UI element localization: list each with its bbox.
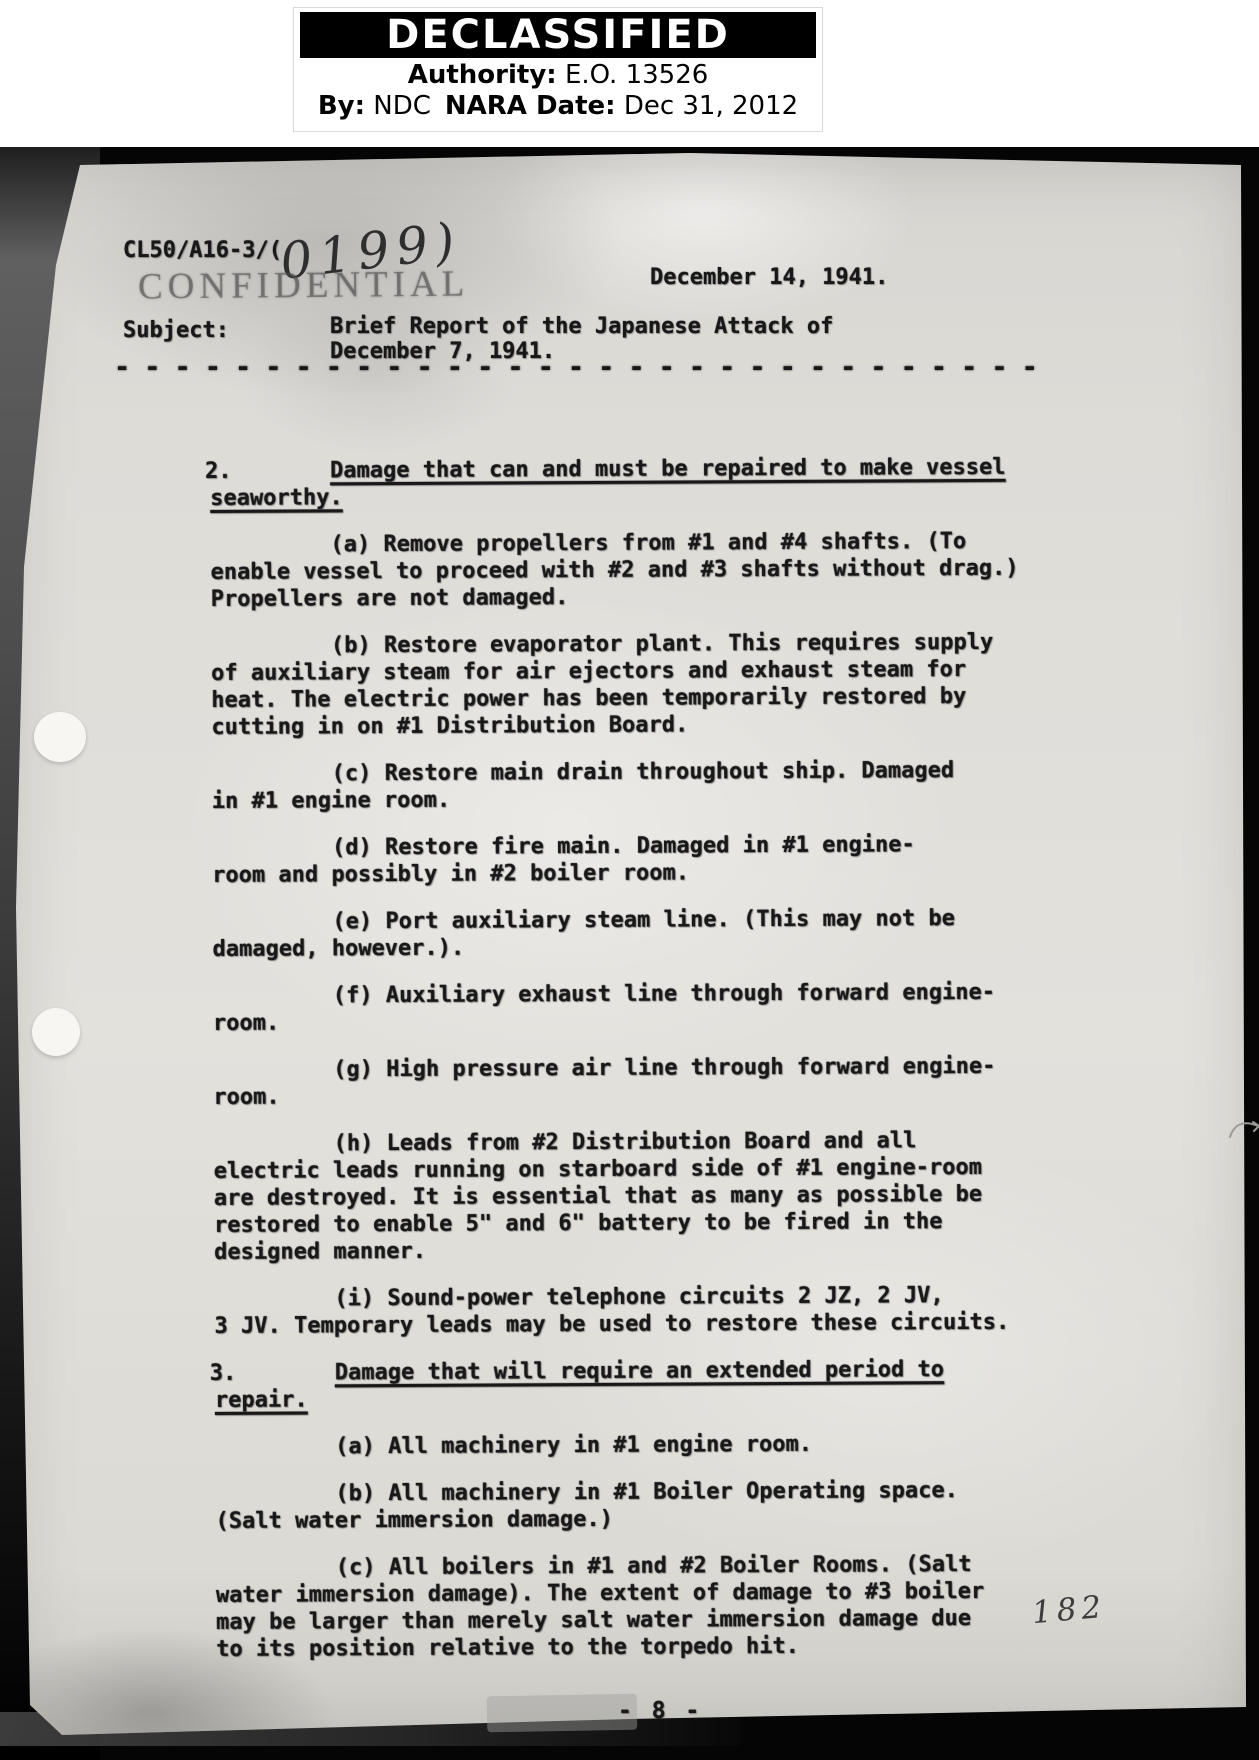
- section-2-heading-text: Damage that can and must be repaired to …: [210, 455, 1005, 511]
- stamp-by-line: By: NDCNARA Date: Dec 31, 2012: [294, 91, 822, 122]
- authority-value: E.O. 13526: [565, 60, 708, 90]
- paragraph-2e: (e) Port auxiliary steam line. (This may…: [212, 904, 1117, 963]
- file-reference: CL50/A16-3/(: [123, 238, 282, 263]
- scanned-document-viewer: DECLASSIFIED Authority: E.O. 13526 By: N…: [0, 0, 1259, 1760]
- document-date: December 14, 1941.: [650, 265, 888, 290]
- paragraph-2a: (a) Remove propellers from #1 and #4 sha…: [210, 527, 1115, 613]
- declassification-header: DECLASSIFIED Authority: E.O. 13526 By: N…: [0, 0, 1259, 147]
- by-value: NDC: [373, 91, 431, 121]
- paragraph-2c: (c) Restore main drain throughout ship. …: [212, 756, 1117, 815]
- paragraph-2g: (g) High pressure air line through forwa…: [213, 1052, 1118, 1111]
- document-body: 2.Damage that can and must be repaired t…: [210, 453, 1121, 1683]
- hole-punch-top: [34, 712, 86, 762]
- stamp-authority-line: Authority: E.O. 13526: [294, 60, 822, 91]
- paragraph-3a: (a) All machinery in #1 engine room.: [215, 1429, 1120, 1461]
- section-3-heading: 3.Damage that will require an extended p…: [215, 1355, 1120, 1414]
- section-2-heading: 2.Damage that can and must be repaired t…: [210, 453, 1115, 512]
- nara-date-label: NARA Date:: [445, 91, 616, 121]
- paragraph-2i: (i) Sound-power telephone circuits 2 JZ,…: [214, 1281, 1119, 1340]
- footer-smudge: [487, 1694, 638, 1733]
- confidential-stamp: CONFIDENTIAL: [138, 263, 470, 309]
- paragraph-3b: (b) All machinery in #1 Boiler Operating…: [215, 1476, 1120, 1535]
- section-2-number: 2.: [205, 458, 232, 485]
- paragraph-2b: (b) Restore evaporator plant. This requi…: [211, 628, 1117, 741]
- by-label: By:: [318, 91, 365, 121]
- dotted-separator: -------------------------------: [114, 352, 1054, 383]
- nara-date-value: Dec 31, 2012: [624, 91, 798, 121]
- paragraph-2d: (d) Restore fire main. Damaged in #1 eng…: [212, 830, 1117, 889]
- paragraph-3c: (c) All boilers in #1 and #2 Boiler Room…: [216, 1550, 1122, 1663]
- authority-label: Authority:: [408, 60, 557, 90]
- declassified-stamp: DECLASSIFIED Authority: E.O. 13526 By: N…: [293, 7, 823, 132]
- page-number: - 8 -: [618, 1698, 702, 1724]
- stamp-title: DECLASSIFIED: [300, 12, 816, 58]
- section-3-heading-text: Damage that will require an extended per…: [215, 1357, 944, 1413]
- paragraph-2f: (f) Auxiliary exhaust line through forwa…: [213, 978, 1118, 1037]
- section-3-number: 3.: [210, 1360, 237, 1387]
- handwritten-page-number: 182: [1031, 1589, 1108, 1631]
- paragraph-2h: (h) Leads from #2 Distribution Board and…: [214, 1126, 1120, 1266]
- handwritten-margin-mark: [1228, 1118, 1259, 1140]
- hole-punch-bottom: [32, 1008, 80, 1056]
- subject-label: Subject:: [123, 318, 229, 343]
